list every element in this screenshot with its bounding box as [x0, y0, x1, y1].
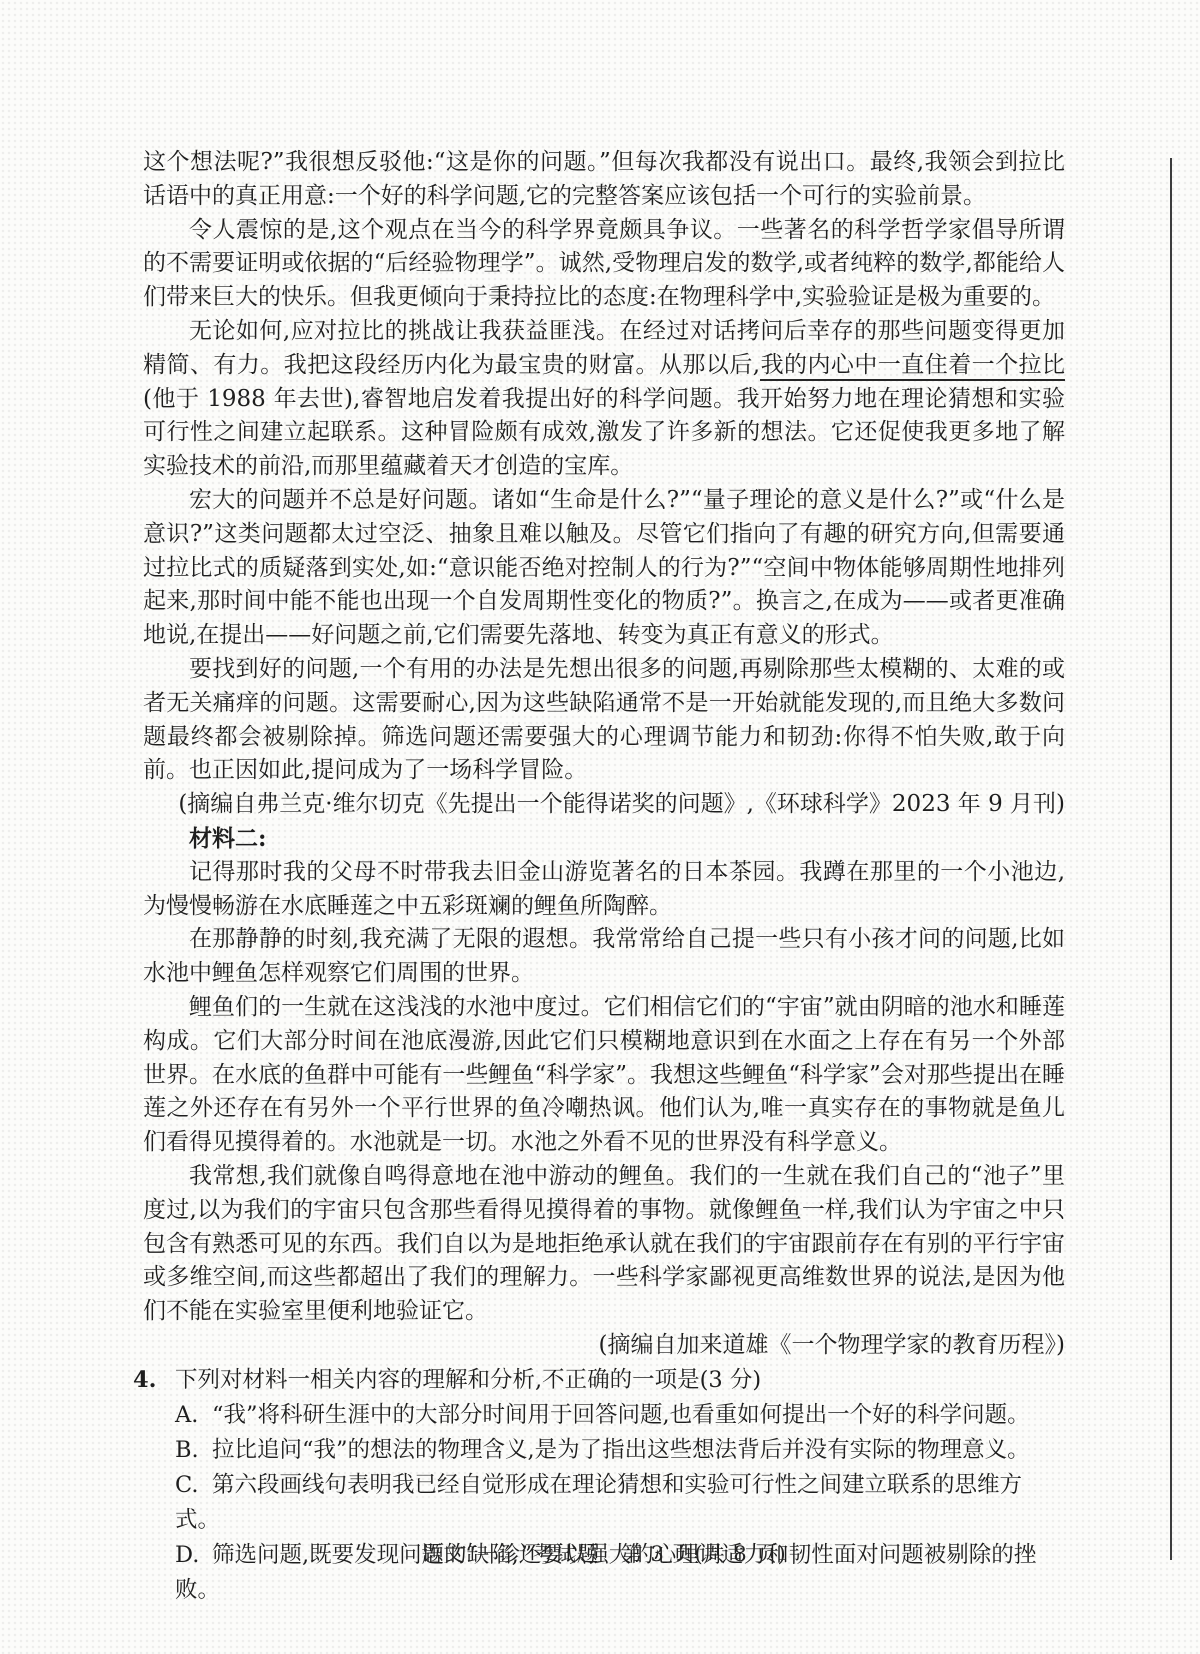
question-number: 4.: [133, 1363, 175, 1398]
material1-paragraph-4: 宏大的问题并不总是好问题。诸如“生命是什么?”“量子理论的意义是什么?”或“什么…: [143, 484, 1065, 653]
option-label: C.: [175, 1468, 212, 1503]
question-4-option-b: B.拉比追问“我”的想法的物理含义,是为了指出这些想法背后并没有实际的物理意义。: [133, 1433, 1065, 1468]
underlined-sentence: 我的内心中一直住着一个拉比: [760, 352, 1065, 381]
option-text: 第六段画线句表明我已经自觉形成在理论猜想和实验可行性之间建立联系的思维方式。: [175, 1472, 1022, 1533]
question-4-option-c: C.第六段画线句表明我已经自觉形成在理论猜想和实验可行性之间建立联系的思维方式。: [133, 1468, 1065, 1538]
material1-paragraph-3: 无论如何,应对拉比的挑战让我获益匪浅。在经过对话拷问后幸存的那些问题变得更加精简…: [143, 315, 1065, 484]
question-4: 4.下列对材料一相关内容的理解和分析,不正确的一项是(3 分) A.“我”将科研…: [133, 1363, 1065, 1608]
material2-paragraph-4: 我常想,我们就像自鸣得意地在池中游动的鲤鱼。我们的一生就在我们自己的“池子”里度…: [143, 1160, 1065, 1329]
question-4-stem: 4.下列对材料一相关内容的理解和分析,不正确的一项是(3 分): [133, 1363, 1065, 1398]
material2-paragraph-1: 记得那时我的父母不时带我去旧金山游览著名的日本茶园。我蹲在那里的一个小池边,为慢…: [143, 856, 1065, 924]
option-label: A.: [175, 1398, 212, 1433]
material2-heading: 材料二:: [143, 822, 1065, 856]
scan-edge-line: [1170, 158, 1172, 1560]
material2-paragraph-3: 鲤鱼们的一生就在这浅浅的水池中度过。它们相信它们的“宇宙”就由阴暗的池水和睡莲构…: [143, 991, 1065, 1160]
material2-attribution: (摘编自加来道雄《一个物理学家的教育历程》): [143, 1329, 1065, 1363]
option-text: 拉比追问“我”的想法的物理含义,是为了指出这些想法背后并没有实际的物理意义。: [212, 1437, 1030, 1463]
exam-text-block: 这个想法呢?”我很想反驳他:“这是你的问题。”但每次我都没有说出口。最终,我领会…: [143, 146, 1065, 1608]
material1-paragraph-continuation: 这个想法呢?”我很想反驳他:“这是你的问题。”但每次我都没有说出口。最终,我领会…: [143, 146, 1065, 214]
material2-paragraph-2: 在那静静的时刻,我充满了无限的遐想。我常常给自己提一些只有小孩才问的问题,比如水…: [143, 923, 1065, 991]
paragraph-text: (他于 1988 年去世),睿智地启发着我提出好的科学问题。我开始努力地在理论猜…: [143, 386, 1065, 480]
material1-paragraph-5: 要找到好的问题,一个有用的办法是先想出很多的问题,再剔除那些太模糊的、太难的或者…: [143, 653, 1065, 788]
page-footer: 语文“一诊”考试题 第 3 页(共 8 页): [143, 1538, 1065, 1568]
option-label: B.: [175, 1433, 212, 1468]
option-text: “我”将科研生涯中的大部分时间用于回答问题,也看重如何提出一个好的科学问题。: [212, 1402, 1030, 1428]
question-stem-text: 下列对材料一相关内容的理解和分析,不正确的一项是(3 分): [175, 1367, 761, 1393]
question-4-option-a: A.“我”将科研生涯中的大部分时间用于回答问题,也看重如何提出一个好的科学问题。: [133, 1398, 1065, 1433]
material1-paragraph-2: 令人震惊的是,这个观点在当今的科学界竟颇具争议。一些著名的科学哲学家倡导所谓的不…: [143, 214, 1065, 315]
material1-attribution: (摘编自弗兰克·维尔切克《先提出一个能得诺奖的问题》,《环球科学》2023 年 …: [143, 788, 1065, 822]
exam-page-scan: 这个想法呢?”我很想反驳他:“这是你的问题。”但每次我都没有说出口。最终,我领会…: [0, 0, 1200, 1654]
